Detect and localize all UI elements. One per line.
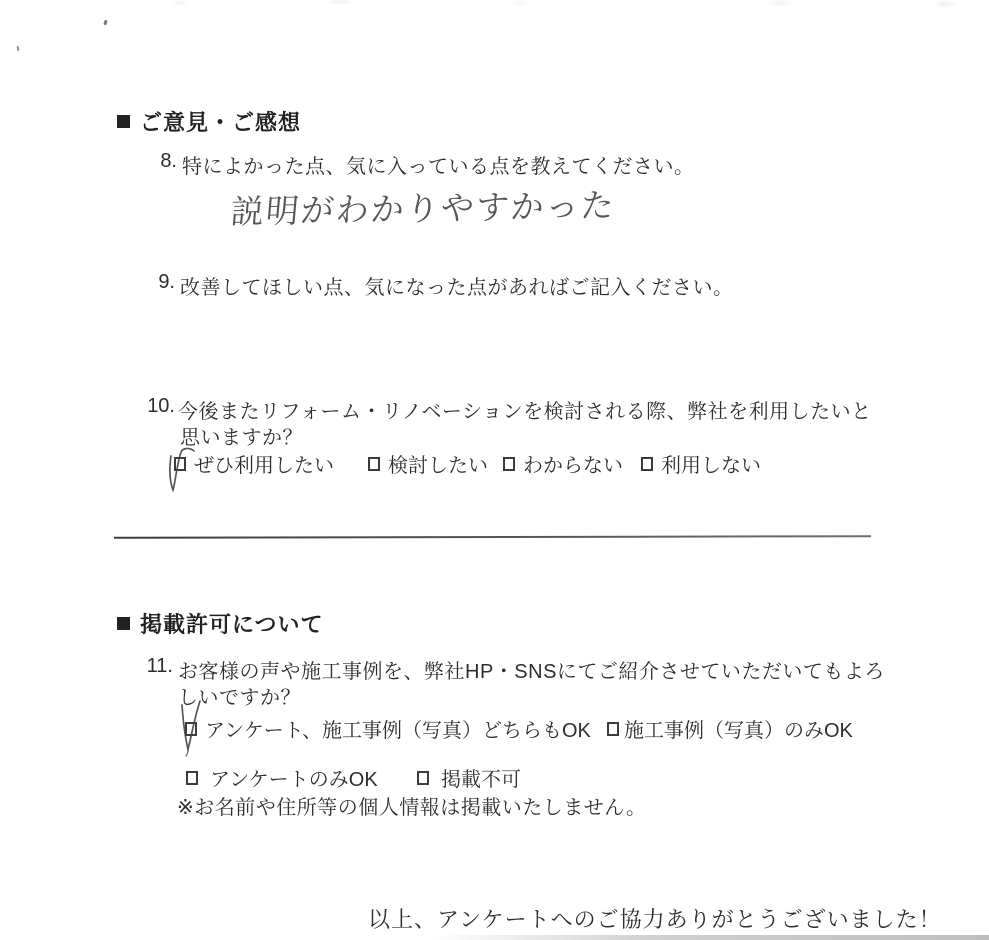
scanned-survey-page: ご意見・ご感想 8. 特によかった点、気に入っている点を教えてください。 説明が…	[0, 0, 989, 940]
option-label: 掲載不可	[441, 763, 521, 792]
option-kentoshitai[interactable]: 検討したい	[368, 449, 488, 478]
option-label: ぜひ利用したい	[194, 449, 334, 478]
footer-thanks-text: 以上、アンケートへのご協力ありがとうございました！	[368, 903, 942, 934]
section-bullet-square-icon	[117, 115, 130, 128]
handwritten-answer-q8: 説明がわかりやすかった	[229, 180, 618, 234]
question-8-text: 特によかった点、気に入っている点を教えてください。	[182, 150, 695, 179]
question-9-text: 改善してほしい点、気になった点があればご記入ください。	[180, 271, 734, 300]
option-label: 検討したい	[388, 449, 488, 478]
option-photos-only-ok[interactable]: 施工事例（写真）のみOK	[607, 714, 853, 743]
checkbox-wakaranai[interactable]	[503, 457, 515, 471]
section-divider-line	[114, 535, 871, 539]
checkbox-no-publication[interactable]	[417, 771, 429, 785]
scan-speck	[103, 20, 107, 26]
option-no-publication[interactable]: 掲載不可	[417, 763, 521, 792]
checkbox-zehi-riyoshitai[interactable]	[174, 457, 186, 471]
question-8-number: 8.	[145, 150, 177, 173]
scan-speck	[17, 46, 20, 51]
option-wakaranai[interactable]: わからない	[503, 449, 623, 478]
section-header-opinions: ご意見・ご感想	[117, 106, 301, 137]
scan-noise-top	[0, 0, 989, 14]
option-label: わからない	[523, 449, 623, 478]
question-11-text-line1: お客様の声や施工事例を、弊社HP・SNSにてご紹介させていただいてもよろ	[178, 655, 885, 684]
section-title: 掲載許可について	[140, 608, 324, 639]
section-bullet-square-icon	[117, 617, 130, 630]
option-survey-only-ok[interactable]: アンケートのみOK	[186, 763, 378, 792]
question-11-number: 11.	[141, 655, 173, 678]
option-riyoshinai[interactable]: 利用しない	[641, 449, 761, 478]
section-title: ご意見・ご感想	[140, 106, 301, 137]
option-label: アンケートのみOK	[210, 763, 378, 792]
question-10-text-line1: 今後またリフォーム・リノベーションを検討される際、弊社を利用したいと	[178, 395, 872, 424]
question-10-text-line2: 思いますか？	[180, 421, 303, 450]
section-header-publication: 掲載許可について	[117, 608, 324, 639]
privacy-note: ※お名前や住所等の個人情報は掲載いたしません。	[177, 791, 646, 820]
checkbox-riyoshinai[interactable]	[641, 457, 653, 471]
option-label: アンケート、施工事例（写真）どちらもOK	[205, 714, 591, 743]
checkbox-survey-only-ok[interactable]	[186, 771, 198, 785]
checkbox-photos-only-ok[interactable]	[607, 722, 619, 736]
option-both-ok[interactable]: アンケート、施工事例（写真）どちらもOK	[185, 714, 591, 743]
scan-smear-bottom	[430, 935, 989, 940]
option-label: 利用しない	[661, 449, 761, 478]
option-zehi-riyoshitai[interactable]: ぜひ利用したい	[174, 449, 334, 478]
checkbox-both-ok[interactable]	[185, 722, 197, 736]
question-9-number: 9.	[143, 271, 175, 294]
checkbox-kentoshitai[interactable]	[368, 457, 380, 471]
option-label: 施工事例（写真）のみOK	[624, 714, 853, 743]
question-11-text-line2: しいですか？	[178, 681, 301, 710]
question-10-number: 10.	[143, 395, 175, 418]
